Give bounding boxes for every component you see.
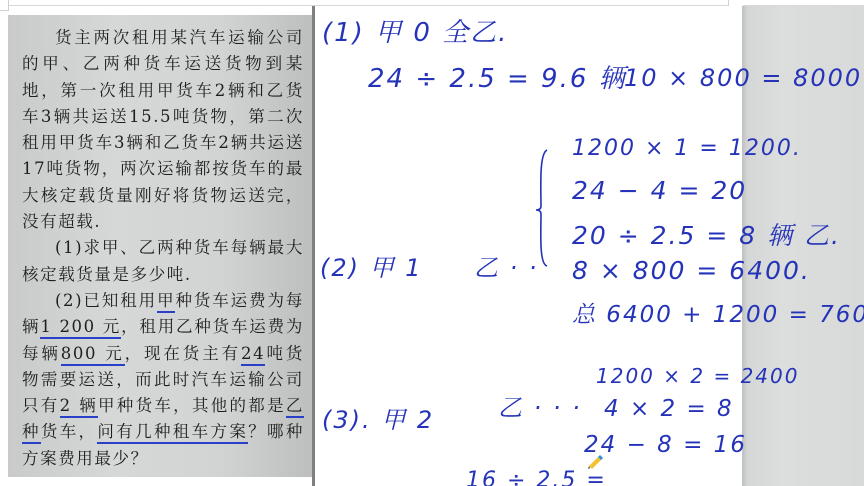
ink-case3-yi: 乙 · · · — [498, 388, 582, 423]
question-1: (1)求甲、乙两种货车每辆最大核定载货量是多少吨. — [22, 235, 304, 288]
ink-case2-label: (2) 甲 1 — [320, 248, 423, 283]
ink-case2-yi: 乙 · · — [474, 248, 539, 283]
ink-line-2a: 24 ÷ 2.5 = 9.6 辆 — [368, 58, 627, 95]
ink-case3-step-1: 1200 × 2 = 2400 — [596, 364, 799, 388]
ink-partial-line: 16 ÷ 2.5 = — [466, 468, 607, 486]
question-2: (2)已知租用甲种货车运费为每辆1 200 元，租用乙种货车运费为每辆800 元… — [22, 288, 304, 472]
textbook-photo: 货主两次租用某汽车运输公司的甲、乙两种货车运送货物到某地，第一次租用甲货车2辆和… — [8, 15, 312, 477]
window-corner-left — [0, 0, 9, 11]
ink-line-1: (1) 甲 0 全乙. — [322, 12, 508, 49]
ink-case3-step-2: 4 × 2 = 8 — [604, 396, 734, 422]
problem-statement: 货主两次租用某汽车运输公司的甲、乙两种货车运送货物到某地，第一次租用甲货车2辆和… — [22, 25, 304, 235]
ink-case2-step-4: 8 × 800 = 6400. — [572, 256, 811, 285]
ink-case2-step-3: 20 ÷ 2.5 = 8 辆 乙. — [572, 216, 841, 252]
ink-case2-step-1: 1200 × 1 = 1200. — [572, 136, 802, 161]
panel-divider — [312, 6, 315, 486]
ink-case2-step-5: 总 6400 + 1200 = 7600. — [572, 296, 864, 329]
ink-case3-step-3: 24 − 8 = 16 — [584, 432, 747, 458]
ink-line-2b: 10 × 800 = 8000 元 — [624, 58, 864, 93]
pen-icon[interactable] — [586, 452, 604, 470]
ink-case2-step-2: 24 − 4 = 20 — [572, 176, 747, 205]
ink-case3-label: (3). 甲 2 — [322, 400, 434, 435]
